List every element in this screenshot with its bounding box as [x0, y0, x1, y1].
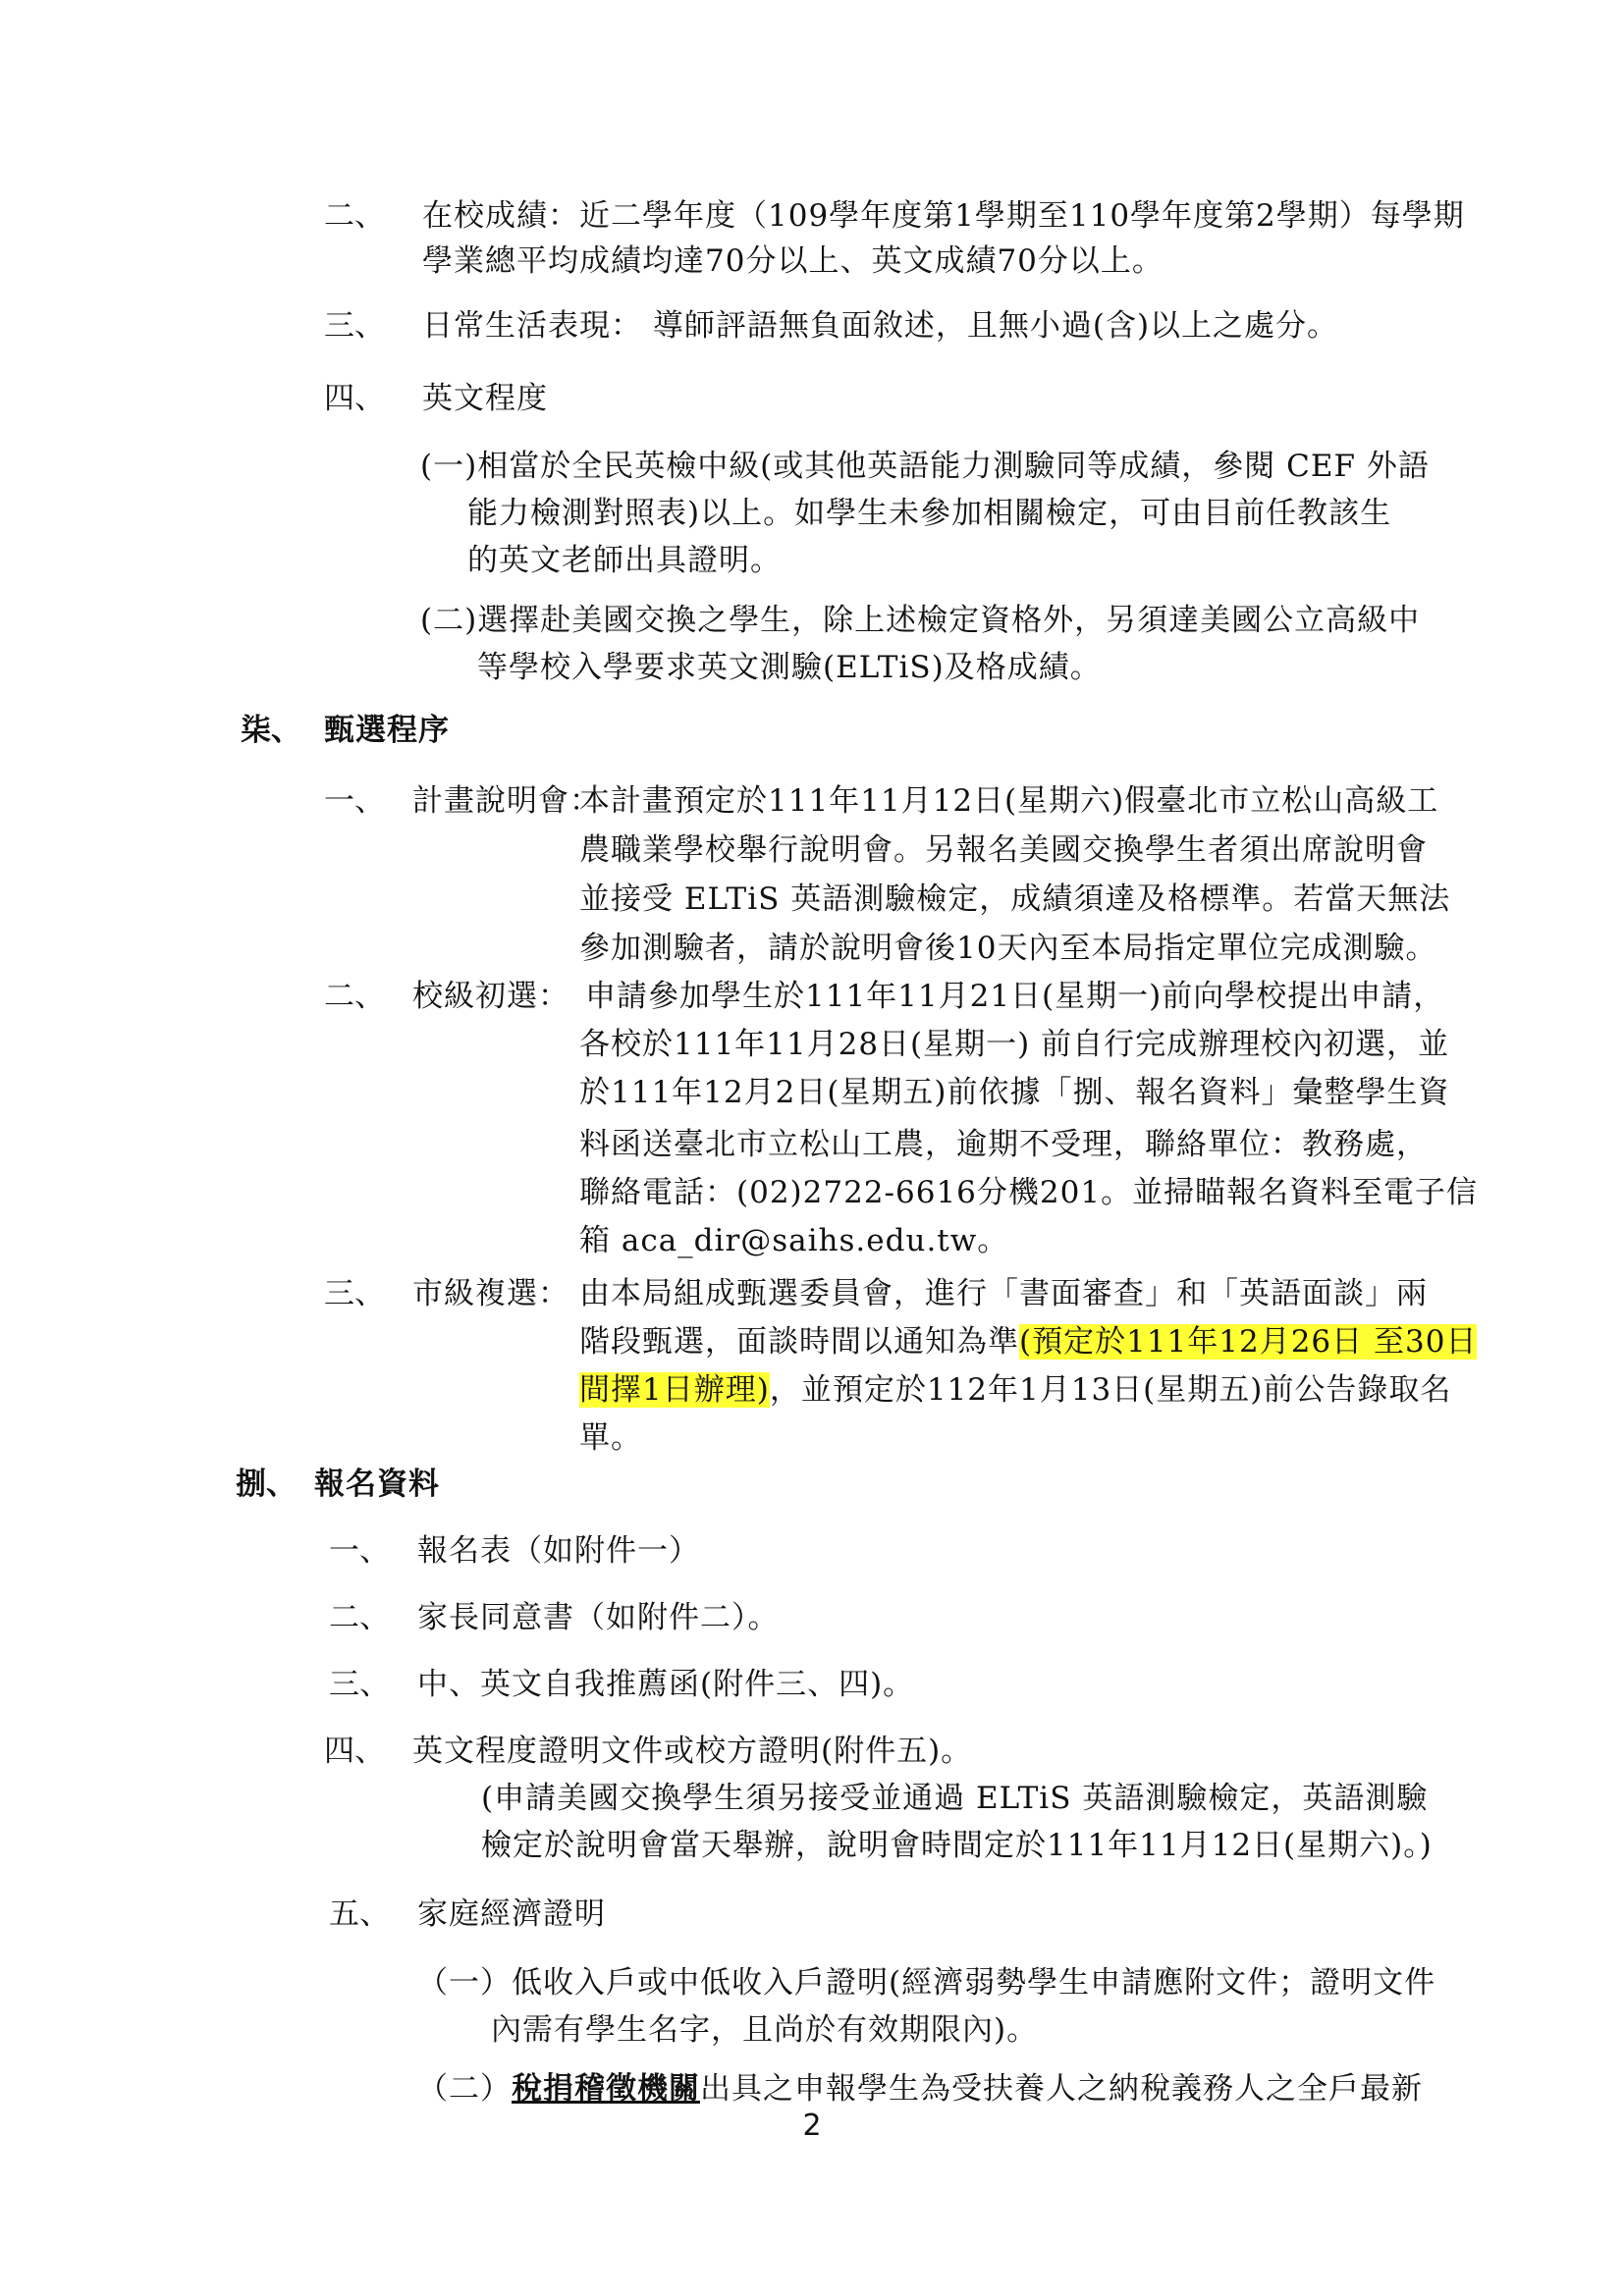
item-number: 五、 [329, 1895, 390, 1934]
paragraph-line: 聯絡電話：(02)2722-6616分機201。並掃瞄報名資料至電子信 [579, 1173, 1478, 1212]
note-line: 檢定於說明會當天舉辦，說明會時間定於111年11月12日(星期六)。) [481, 1826, 1433, 1865]
item-title: 英文程度 [422, 379, 548, 418]
paragraph-line: 由本局組成甄選委員會，進行「書面審查」和「英語面談」兩 [579, 1274, 1428, 1313]
item-number: 三、 [329, 1665, 390, 1704]
item-number: 一、 [324, 781, 385, 821]
section-number: 捌、 [236, 1465, 297, 1504]
item-number: 一、 [329, 1531, 390, 1571]
paragraph-line: 單。 [579, 1418, 642, 1458]
paragraph-line: 等學校入學要求英文測驗(ELTiS)及格成績。 [477, 648, 1102, 687]
section-heading: 報名資料 [314, 1465, 440, 1504]
list-item: 報名表（如附件一） [417, 1531, 700, 1571]
paragraph-line: 各校於111年11月28日(星期一) 前自行完成辦理校內初選，並 [579, 1025, 1449, 1064]
paragraph-line: （一）低收入戶或中低收入戶證明(經濟弱勢學生申請應附文件；證明文件 [417, 1963, 1435, 2002]
section-number: 柒、 [241, 711, 301, 750]
paragraph-line: (一)相當於全民英檢中級(或其他英語能力測驗同等成績，參閱 CEF 外語 [420, 447, 1430, 486]
item-number: 四、 [324, 379, 385, 418]
document-page: 二、 在校成績：近二學年度（109學年度第1學期至110學年度第2學期）每學期 … [0, 0, 1624, 2296]
item-label: 市級複選： [412, 1274, 569, 1313]
paragraph-line: 申請參加學生於111年11月21日(星期一)前向學校提出申請， [585, 977, 1444, 1016]
paragraph-line: 階段甄選，面談時間以通知為準(預定於111年12月26日 至30日 [579, 1322, 1477, 1362]
highlighted-text: (預定於111年12月26日 至30日 [1019, 1324, 1477, 1360]
item-number: 四、 [324, 1732, 385, 1771]
item-number: 二、 [324, 977, 385, 1016]
plain-text: ，並預定於112年1月13日(星期五)前公告錄取名 [770, 1372, 1452, 1408]
item-number: 二、 [329, 1598, 390, 1637]
underlined-term: 稅捐稽徵機關 [512, 2071, 700, 2107]
paragraph-line: 在校成績：近二學年度（109學年度第1學期至110學年度第2學期）每學期 [422, 196, 1465, 236]
paragraph-line: 日常生活表現： 導師評語無負面敘述，且無小過(含)以上之處分。 [422, 306, 1338, 346]
paragraph-line: 農職業學校舉行說明會。另報名美國交換學生者須出席說明會 [579, 830, 1428, 870]
list-item: 中、英文自我推薦函(附件三、四)。 [417, 1665, 914, 1704]
highlighted-text: 間擇1日辦理) [579, 1372, 770, 1408]
section-heading: 甄選程序 [324, 711, 450, 750]
item-number: 二、 [324, 196, 385, 236]
paragraph-line: 本計畫預定於111年11月12日(星期六)假臺北市立松山高級工 [579, 781, 1438, 821]
item-number: 三、 [324, 306, 385, 346]
paragraph-line: 學業總平均成績均達70分以上、英文成績70分以上。 [422, 241, 1164, 281]
list-item: 家庭經濟證明 [417, 1895, 606, 1934]
item-number: 三、 [324, 1274, 385, 1313]
paragraph-line: 並接受 ELTiS 英語測驗檢定，成績須達及格標準。若當天無法 [579, 880, 1450, 919]
item-label: 校級初選： [412, 977, 569, 1016]
sub-number: （二） [417, 2071, 512, 2107]
paragraph-line: 參加測驗者，請於說明會後10天內至本局指定單位完成測驗。 [579, 929, 1436, 968]
plain-text: 階段甄選，面談時間以通知為準 [579, 1324, 1019, 1360]
paragraph-line: (二)選擇赴美國交換之學生，除上述檢定資格外，另須達美國公立高級中 [420, 601, 1420, 640]
paragraph-line: 間擇1日辦理)，並預定於112年1月13日(星期五)前公告錄取名 [579, 1370, 1451, 1410]
paragraph-line: 料函送臺北市立松山工農，逾期不受理，聯絡單位：教務處， [579, 1125, 1428, 1164]
paragraph-line: （二）稅捐稽徵機關出具之申報學生為受扶養人之納稅義務人之全戶最新 [417, 2069, 1423, 2109]
item-label: 計畫說明會： [412, 781, 601, 821]
page-number: 2 [0, 2109, 1624, 2143]
note-line: (申請美國交換學生須另接受並通過 ELTiS 英語測驗檢定，英語測驗 [481, 1779, 1428, 1818]
list-item: 家長同意書（如附件二）。 [417, 1598, 780, 1637]
plain-text: 出具之申報學生為受扶養人之納稅義務人之全戶最新 [700, 2071, 1423, 2107]
paragraph-line: 內需有學生名字，且尚於有效期限內)。 [491, 2010, 1038, 2050]
paragraph-line: 的英文老師出具證明。 [467, 541, 782, 580]
list-item: 英文程度證明文件或校方證明(附件五)。 [412, 1732, 972, 1771]
paragraph-line: 於111年12月2日(星期五)前依據「捌、報名資料」彙整學生資 [579, 1073, 1450, 1112]
paragraph-line: 能力檢測對照表)以上。如學生未參加相關檢定，可由目前任教該生 [467, 494, 1391, 533]
email-text: 箱 aca_dir@saihs.edu.tw。 [579, 1221, 1008, 1260]
